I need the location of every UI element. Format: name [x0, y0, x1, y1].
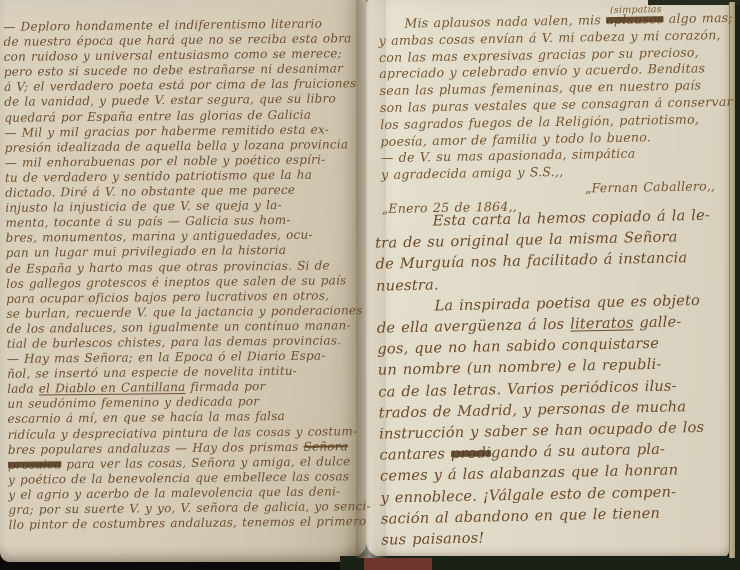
line-text: cantares [379, 445, 451, 463]
right-page-note-text: Esta carta la hemos copiado á la le- tra… [374, 204, 733, 551]
left-page-text: — Deploro hondamente el indiferentismo l… [3, 16, 362, 533]
line-text: de ella avergüenza á los [377, 316, 571, 337]
underlined-novella-title: el Diablo en Cantillana [39, 380, 186, 396]
line-text: lada [7, 382, 39, 396]
inserted-word-above-line: (simpatías [610, 2, 662, 20]
line-text: gando á su autora pla- [491, 441, 666, 462]
line-text: algo mas; [663, 10, 733, 26]
line-text: Mis aplausos nada valen, mis [404, 12, 606, 31]
correction: (simpatíasaplausos [606, 11, 664, 29]
line-text: firmada por [185, 379, 265, 394]
book-photo: — Deploro hondamente el indiferentismo l… [0, 0, 740, 570]
book-cover-top-edge [648, 0, 740, 5]
struck-word: Señora [304, 439, 349, 453]
line-text: para ver las cosas, Señora y amiga, el d… [61, 454, 350, 471]
scribbled-out-word: prodi [451, 445, 491, 463]
line-text: bres populares andaluzas — Hay dos prism… [8, 439, 304, 456]
scribbled-out-word: prosaica [8, 457, 61, 472]
line-text: galle- [633, 313, 681, 331]
right-page-letter-text: Mis aplausos nada valen, mis (simpatíasa… [378, 10, 731, 218]
endpaper-red-patch [364, 558, 432, 570]
underlined-word: literatos [570, 314, 634, 332]
